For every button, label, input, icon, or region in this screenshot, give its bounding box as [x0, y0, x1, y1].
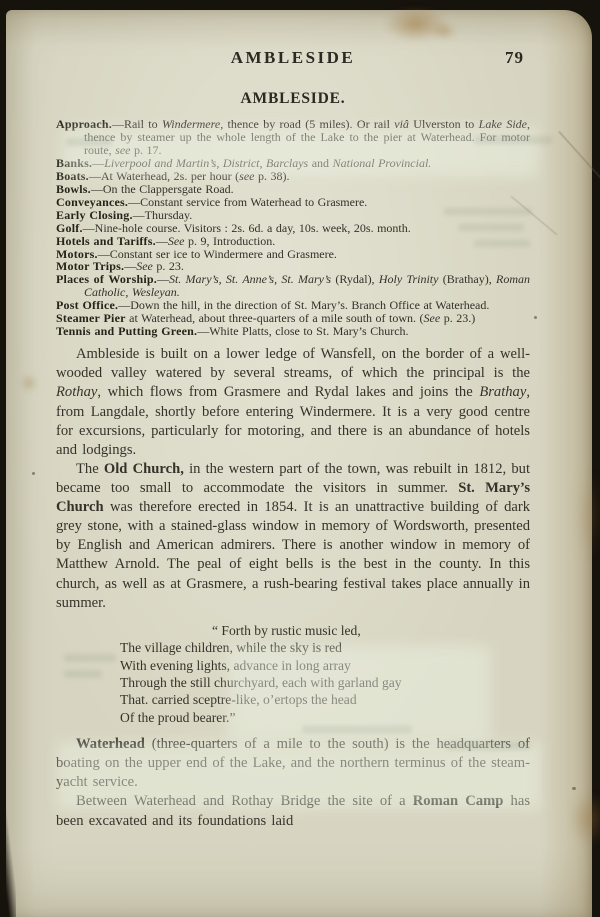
poem-line: That. carried sceptre-like, o’ertops the…: [120, 691, 530, 708]
page-stain: [570, 792, 600, 846]
page-speck: [534, 316, 537, 319]
directory-entry-label: Banks.: [56, 156, 92, 170]
page-stain: [431, 22, 457, 40]
directory-entry-label: Golf.: [56, 221, 83, 235]
directory-entry: Tennis and Putting Green.—White Platts, …: [56, 325, 530, 338]
directory-entry-label: Conveyances.: [56, 195, 128, 209]
paragraph: Ambleside is built on a lower ledge of W…: [56, 345, 530, 460]
directory-entry-label: Hotels and Tariffs.: [56, 234, 156, 248]
poem-line: Of the proud bearer.”: [120, 709, 530, 726]
poem-line: “ Forth by rustic music led,: [120, 622, 530, 639]
directory-entry-label: Motors.: [56, 247, 98, 261]
directory-entry-label: Places of Worship.: [56, 272, 157, 286]
page-stain: [384, 6, 448, 42]
running-head-title: AMBLESIDE: [231, 48, 356, 67]
poem-line: Through the still churchyard, each with …: [120, 674, 530, 691]
directory-entry: Approach.—Rail to Windermere, thence by …: [56, 118, 530, 157]
directory-entry-label: Boats.: [56, 169, 89, 183]
directory-entry-label: Early Closing.: [56, 208, 133, 222]
directory-entry-label: Steamer Pier: [56, 311, 126, 325]
poem-line: With evening lights, advance in long arr…: [120, 657, 530, 674]
page-speck: [572, 787, 576, 790]
directory-entry-label: Post Office.: [56, 298, 118, 312]
body-content: Ambleside is built on a lower ledge of W…: [56, 345, 530, 830]
directory-list: Approach.—Rail to Windermere, thence by …: [56, 118, 530, 338]
directory-entry-label: Tennis and Putting Green.: [56, 324, 197, 338]
book-photo: AMBLESIDE 79 AMBLESIDE. Approach.—Rail t…: [0, 0, 600, 917]
page-speck: [32, 472, 35, 475]
paragraph: The Old Church, in the western part of t…: [56, 460, 530, 613]
paragraph: Waterhead (three-quarters of a mile to t…: [56, 735, 530, 792]
page-stain: [20, 374, 38, 392]
book-page: AMBLESIDE 79 AMBLESIDE. Approach.—Rail t…: [6, 10, 592, 917]
page-edge-shadow: [0, 787, 16, 917]
running-head: AMBLESIDE 79: [56, 48, 530, 68]
directory-entry-label: Approach.: [56, 117, 112, 131]
poem: “ Forth by rustic music led,The village …: [120, 622, 530, 726]
directory-entry-label: Motor Trips.: [56, 259, 124, 273]
paragraph: Between Waterhead and Rothay Bridge the …: [56, 792, 530, 830]
section-title: AMBLESIDE.: [56, 90, 530, 108]
page-stain: [578, 470, 600, 560]
poem-line: The village children, while the sky is r…: [120, 639, 530, 656]
directory-entry: Places of Worship.—St. Mary’s, St. Anne’…: [56, 273, 530, 299]
page-crease: [559, 131, 600, 190]
directory-entry-label: Bowls.: [56, 182, 91, 196]
page-number: 79: [505, 48, 524, 68]
